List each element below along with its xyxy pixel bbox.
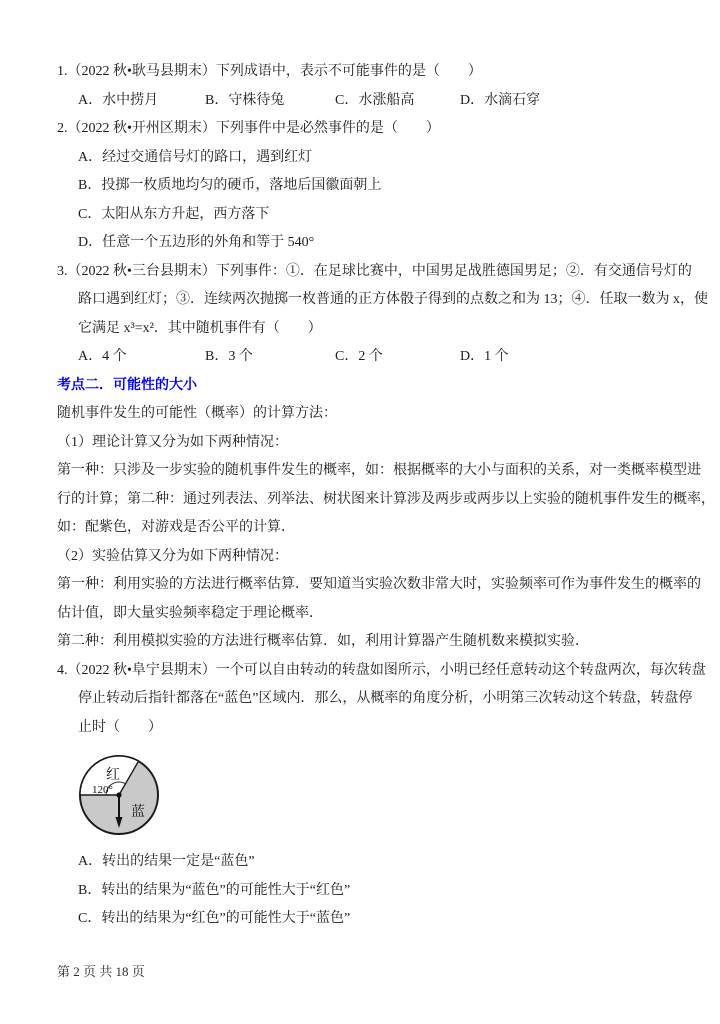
- question-2-stem: 2.（2022 秋•开州区期末）下列事件中是必然事件的是（ ）: [57, 115, 669, 144]
- document-body: 1.（2022 秋•耿马县期末）下列成语中，表示不可能事件的是（ ） A．水中捞…: [57, 58, 669, 934]
- question-4-option-c: C．转出的结果为“红色”的可能性大于“蓝色”: [57, 905, 669, 934]
- question-2-option-d: D．任意一个五边形的外角和等于 540°: [57, 229, 669, 258]
- page-footer: 第 2 页 共 18 页: [57, 964, 145, 980]
- section-text-line: 随机事件发生的可能性（概率）的计算方法：: [57, 400, 669, 429]
- question-3-options: A．4 个 B．3 个 C．2 个 D．1 个: [57, 343, 669, 372]
- question-3-stem-line-3: 它满足 x³=x²．其中随机事件有（ ）: [57, 315, 669, 344]
- section-heading-kaodian-2: 考点二．可能性的大小: [57, 372, 669, 401]
- question-1-option-b: B．守株待兔: [205, 87, 335, 116]
- question-1-option-c: C．水涨船高: [335, 87, 460, 116]
- question-1-stem: 1.（2022 秋•耿马县期末）下列成语中，表示不可能事件的是（ ）: [57, 58, 669, 87]
- section-text-line: 如：配紫色，对游戏是否公平的计算．: [57, 514, 669, 543]
- question-2-option-a: A．经过交通信号灯的路口，遇到红灯: [57, 144, 669, 173]
- section-text-line: （1）理论计算又分为如下两种情况：: [57, 429, 669, 458]
- question-3-stem-line-1: 3.（2022 秋•三台县期末）下列事件：①．在足球比赛中，中国男足战胜德国男足…: [57, 258, 669, 287]
- question-2-option-b: B．投掷一枚质地均匀的硬币，落地后国徽面朝上: [57, 172, 669, 201]
- section-text-line: 第一种：利用实验的方法进行概率估算．要知道当实验次数非常大时，实验频率可作为事件…: [57, 571, 669, 600]
- question-3-option-d: D．1 个: [460, 343, 669, 372]
- question-2-option-c: C．太阳从东方升起，西方落下: [57, 201, 669, 230]
- spinner-center-dot: [116, 792, 121, 797]
- section-text-line: 第二种：利用模拟实验的方法进行概率估算．如，利用计算器产生随机数来模拟实验．: [57, 628, 669, 657]
- question-3-option-c: C．2 个: [335, 343, 460, 372]
- question-3-stem-line-2: 路口遇到红灯；③．连续两次抛掷一枚普通的正方体骰子得到的点数之和为 13；④．任…: [57, 286, 669, 315]
- document-page: 1.（2022 秋•耿马县期末）下列成语中，表示不可能事件的是（ ） A．水中捞…: [0, 0, 720, 1024]
- question-4-stem-line-3: 止时（ ）: [57, 714, 669, 743]
- question-4-stem-line-1: 4.（2022 秋•阜宁县期末）一个可以自由转动的转盘如图所示，小明已经任意转动…: [57, 657, 669, 686]
- spinner-red-label: 红: [106, 767, 120, 783]
- question-4-option-a: A．转出的结果一定是“蓝色”: [57, 848, 669, 877]
- question-4-stem-line-2: 停止转动后指针都落在“蓝色”区域内．那么，从概率的角度分析，小明第三次转动这个转…: [57, 685, 669, 714]
- question-1-options: A．水中捞月 B．守株待兔 C．水涨船高 D．水滴石穿: [57, 87, 669, 116]
- spinner-figure: 红 120° 蓝: [61, 745, 669, 847]
- question-4-option-b: B．转出的结果为“蓝色”的可能性大于“红色”: [57, 877, 669, 906]
- section-text-line: 第一种：只涉及一步实验的随机事件发生的概率，如：根据概率的大小与面积的关系，对一…: [57, 457, 669, 486]
- section-text-line: 估计值，即大量实验频率稳定于理论概率．: [57, 600, 669, 629]
- spinner-angle-label: 120°: [92, 784, 113, 796]
- section-text-line: 行的计算；第二种：通过列表法、列举法、树状图来计算涉及两步或两步以上实验的随机事…: [57, 486, 669, 515]
- spinner-blue-label: 蓝: [131, 803, 145, 820]
- question-1-option-a: A．水中捞月: [78, 87, 205, 116]
- section-text-line: （2）实验估算又分为如下两种情况：: [57, 543, 669, 572]
- spinner-diagram: 红 120° 蓝: [61, 745, 183, 847]
- question-3-option-b: B．3 个: [205, 343, 335, 372]
- question-3-option-a: A．4 个: [78, 343, 205, 372]
- question-1-option-d: D．水滴石穿: [460, 87, 669, 116]
